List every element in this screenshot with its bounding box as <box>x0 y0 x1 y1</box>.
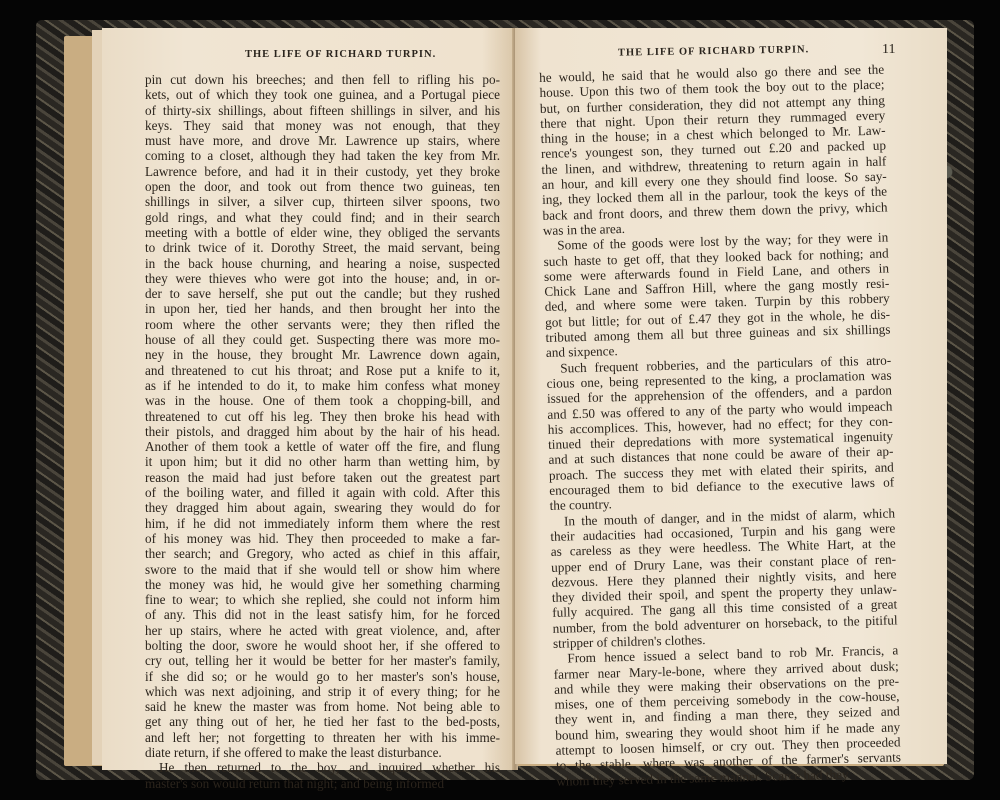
right-page-body: he would, he said that he would also go … <box>539 62 901 789</box>
text-line: reason the maid had just before taken ou… <box>145 470 500 485</box>
text-line: diate return, if she offered to make the… <box>145 745 500 760</box>
text-line: in the back house churning, and hearing … <box>145 256 500 271</box>
text-line: of thirty-six shillings, about fifteen s… <box>145 103 500 118</box>
text-line: ney in the house, they brought Mr. Lawre… <box>145 347 500 362</box>
text-line: said he knew the master was from home. N… <box>145 699 500 714</box>
running-head-right: THE LIFE OF RICHARD TURPIN. <box>618 44 809 58</box>
text-line: as if he intended to do it, to make him … <box>145 378 500 393</box>
text-line: must have more, and drove Mr. Lawrence u… <box>145 133 500 148</box>
text-line: him, if he did not immediately inform th… <box>145 516 500 531</box>
running-head-left: THE LIFE OF RICHARD TURPIN. <box>245 49 436 60</box>
text-line: bolting the door, swore he would shoot h… <box>145 638 500 653</box>
text-line: meeting with a bottle of elder wine, the… <box>145 225 500 240</box>
text-line: of the boiling water, and filled it agai… <box>145 485 500 500</box>
text-line: fine to wear; to which she replied, she … <box>145 592 500 607</box>
text-line: room where the other servants were; they… <box>145 317 500 332</box>
text-line: get any thing out of her, he tied her fa… <box>145 714 500 729</box>
left-page: THE LIFE OF RICHARD TURPIN. pin cut down… <box>102 28 515 770</box>
text-line: keys. They said that money was not enoug… <box>145 118 500 133</box>
text-line: Another of them took a kettle of water o… <box>145 439 500 454</box>
text-line: and left her; not forgetting to threaten… <box>145 730 500 745</box>
text-line: open the door, and took out from thence … <box>145 179 500 194</box>
text-line: their pistols, and dragged him about by … <box>145 424 500 439</box>
text-line: Lawrence before, and had it in their cus… <box>145 164 500 179</box>
text-line: coming to a closet, although they had ta… <box>145 148 500 163</box>
text-line: gold rings, and what they could find; an… <box>145 210 500 225</box>
text-line: they were thieves who were got into the … <box>145 271 500 286</box>
left-page-body: pin cut down his breeches; and then fell… <box>145 72 500 791</box>
text-line: in upon her, tied her hands, and then br… <box>145 301 500 316</box>
text-line: kets, out of which they took one guinea,… <box>145 87 500 102</box>
text-line: He then returned to the boy, and inquire… <box>145 760 500 775</box>
text-line: if she did so; or he would go to her mas… <box>145 669 500 684</box>
text-line: her up stairs, where he acted with great… <box>145 623 500 638</box>
text-line: which was next adjoining, and strip it o… <box>145 684 500 699</box>
text-line: pin cut down his breeches; and then fell… <box>145 72 500 87</box>
text-line: threatened to cut off his leg. They then… <box>145 409 500 424</box>
text-line: ther search; and Gregory, who acted as c… <box>145 546 500 561</box>
text-line: they dragged him about again, swearing t… <box>145 500 500 515</box>
text-line: cry out, telling her it would be better … <box>145 653 500 668</box>
text-line: master's son would return that night; an… <box>145 776 500 791</box>
text-line: it upon him; but it did no other harm th… <box>145 454 500 469</box>
right-page: THE LIFE OF RICHARD TURPIN. 11 he would,… <box>515 28 947 764</box>
text-line: of his money was hid. They then proceede… <box>145 531 500 546</box>
text-line: the money was hid, he would give her som… <box>145 577 500 592</box>
text-line: of any. This did not in the least satisf… <box>145 607 500 622</box>
text-line: was in the house. One of them took a cho… <box>145 393 500 408</box>
text-line: shillings in silver, a silver cup, thirt… <box>145 194 500 209</box>
text-line: swore to the maid that if she would tell… <box>145 562 500 577</box>
text-line: der to save herself, she put out the can… <box>145 286 500 301</box>
page-number: 11 <box>882 42 895 58</box>
text-line: and threatened to cut his throat; and Ro… <box>145 363 500 378</box>
text-line: house of all they could get. Suspecting … <box>145 332 500 347</box>
text-line: to drink twice of it. Dorothy Street, th… <box>145 240 500 255</box>
